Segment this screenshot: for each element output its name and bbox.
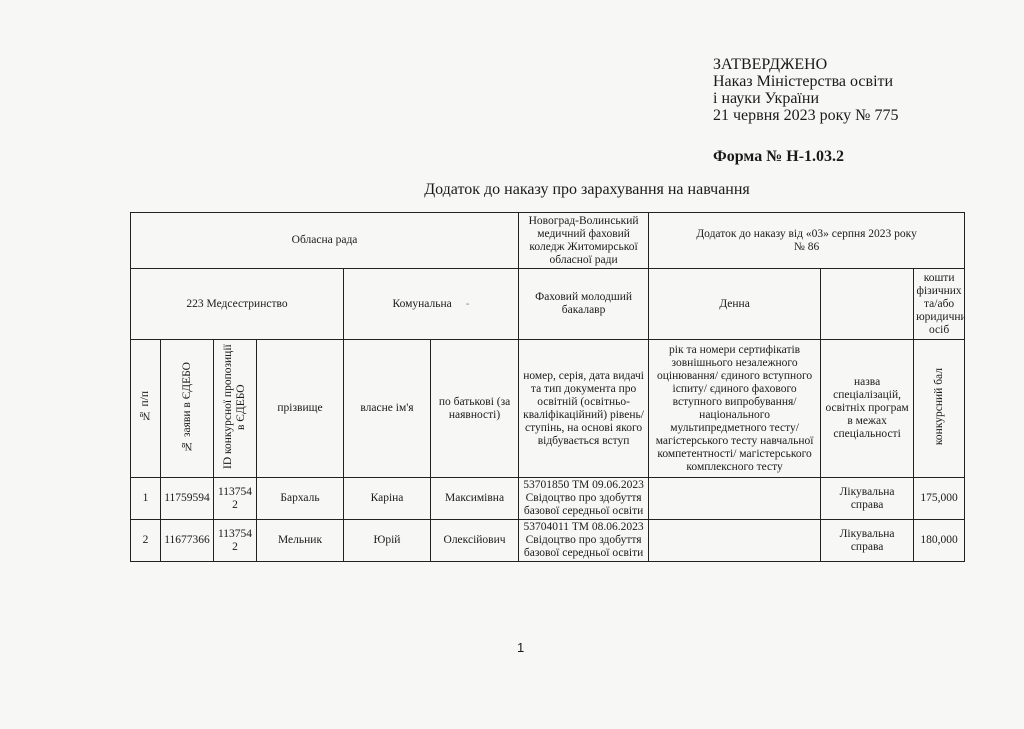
institution-cell: Новоград-Волинський медичний фаховий кол… [519, 213, 649, 269]
competitive-score: 180,000 [914, 520, 965, 562]
funding-cell: кошти фізичних та/або юридичних осіб [914, 269, 965, 340]
education-document: 53704011 ТМ 08.06.2023 Свідоцтво про здо… [519, 520, 649, 562]
header-row-program: 223 Медсестринство Комунальна- Фаховий м… [131, 269, 965, 340]
form-number: Форма № Н-1.03.2 [713, 148, 844, 166]
ownership-label: Комунальна [392, 298, 451, 310]
order-number: № 86 [794, 241, 819, 253]
patronymic: Максимівна [431, 478, 519, 520]
approval-line: ЗАТВЕРДЖЕНО [713, 56, 898, 73]
approval-line: і науки України [713, 90, 898, 107]
col-header-certificates: рік та номери сертифікатів зовнішнього н… [649, 340, 821, 478]
enrollment-table: Обласна рада Новоград-Волинський медични… [130, 212, 965, 562]
ownership-cell: Комунальна- [344, 269, 519, 340]
order-date: Додаток до наказу від «03» серпня 2023 р… [696, 228, 917, 240]
document-title: Додаток до наказу про зарахування на нав… [0, 181, 1024, 199]
approval-line: Наказ Міністерства освіти [713, 73, 898, 90]
study-form-cell: Денна [649, 269, 821, 340]
table-row: 2 11677366 1137542 Мельник Юрій Олексійо… [131, 520, 965, 562]
degree-cell: Фаховий молодший бакалавр [519, 269, 649, 340]
surname: Мельник [257, 520, 344, 562]
application-number: 11677366 [161, 520, 214, 562]
col-header-patronymic: по батькові (за наявності) [431, 340, 519, 478]
certificates [649, 478, 821, 520]
competitive-score: 175,000 [914, 478, 965, 520]
col-header-specialization: назва спеціалізацій, освітніх програм в … [821, 340, 914, 478]
col-header-offer-id: ID конкурсної пропозиції в ЄДЕБО [214, 340, 257, 478]
col-header-document: номер, серія, дата видачі та тип докумен… [519, 340, 649, 478]
col-header-name: власне ім'я [344, 340, 431, 478]
approval-stamp: ЗАТВЕРДЖЕНО Наказ Міністерства освіти і … [713, 56, 898, 124]
row-number: 2 [131, 520, 161, 562]
approval-line: 21 червня 2023 року № 775 [713, 107, 898, 124]
col-header-number: № п/п [131, 340, 161, 478]
founder-cell: Обласна рада [131, 213, 519, 269]
specialty-cell: 223 Медсестринство [131, 269, 344, 340]
table-row: 1 11759594 1137542 Бархаль Каріна Максим… [131, 478, 965, 520]
education-document: 53701850 ТМ 09.06.2023 Свідоцтво про здо… [519, 478, 649, 520]
order-cell: Додаток до наказу від «03» серпня 2023 р… [649, 213, 965, 269]
col-header-application: № заяви в ЄДЕБО [161, 340, 214, 478]
page-number: 1 [517, 640, 524, 655]
offer-id: 1137542 [214, 478, 257, 520]
specialization: Лікувальна справа [821, 520, 914, 562]
surname: Бархаль [257, 478, 344, 520]
row-number: 1 [131, 478, 161, 520]
empty-cell [821, 269, 914, 340]
first-name: Каріна [344, 478, 431, 520]
application-number: 11759594 [161, 478, 214, 520]
col-header-score: конкурсний бал [914, 340, 965, 478]
header-row-founder: Обласна рада Новоград-Волинський медични… [131, 213, 965, 269]
first-name: Юрій [344, 520, 431, 562]
column-header-row: № п/п № заяви в ЄДЕБО ID конкурсної проп… [131, 340, 965, 478]
specialization: Лікувальна справа [821, 478, 914, 520]
offer-id: 1137542 [214, 520, 257, 562]
ownership-mark: - [466, 298, 470, 310]
patronymic: Олексійович [431, 520, 519, 562]
col-header-surname: прізвище [257, 340, 344, 478]
certificates [649, 520, 821, 562]
